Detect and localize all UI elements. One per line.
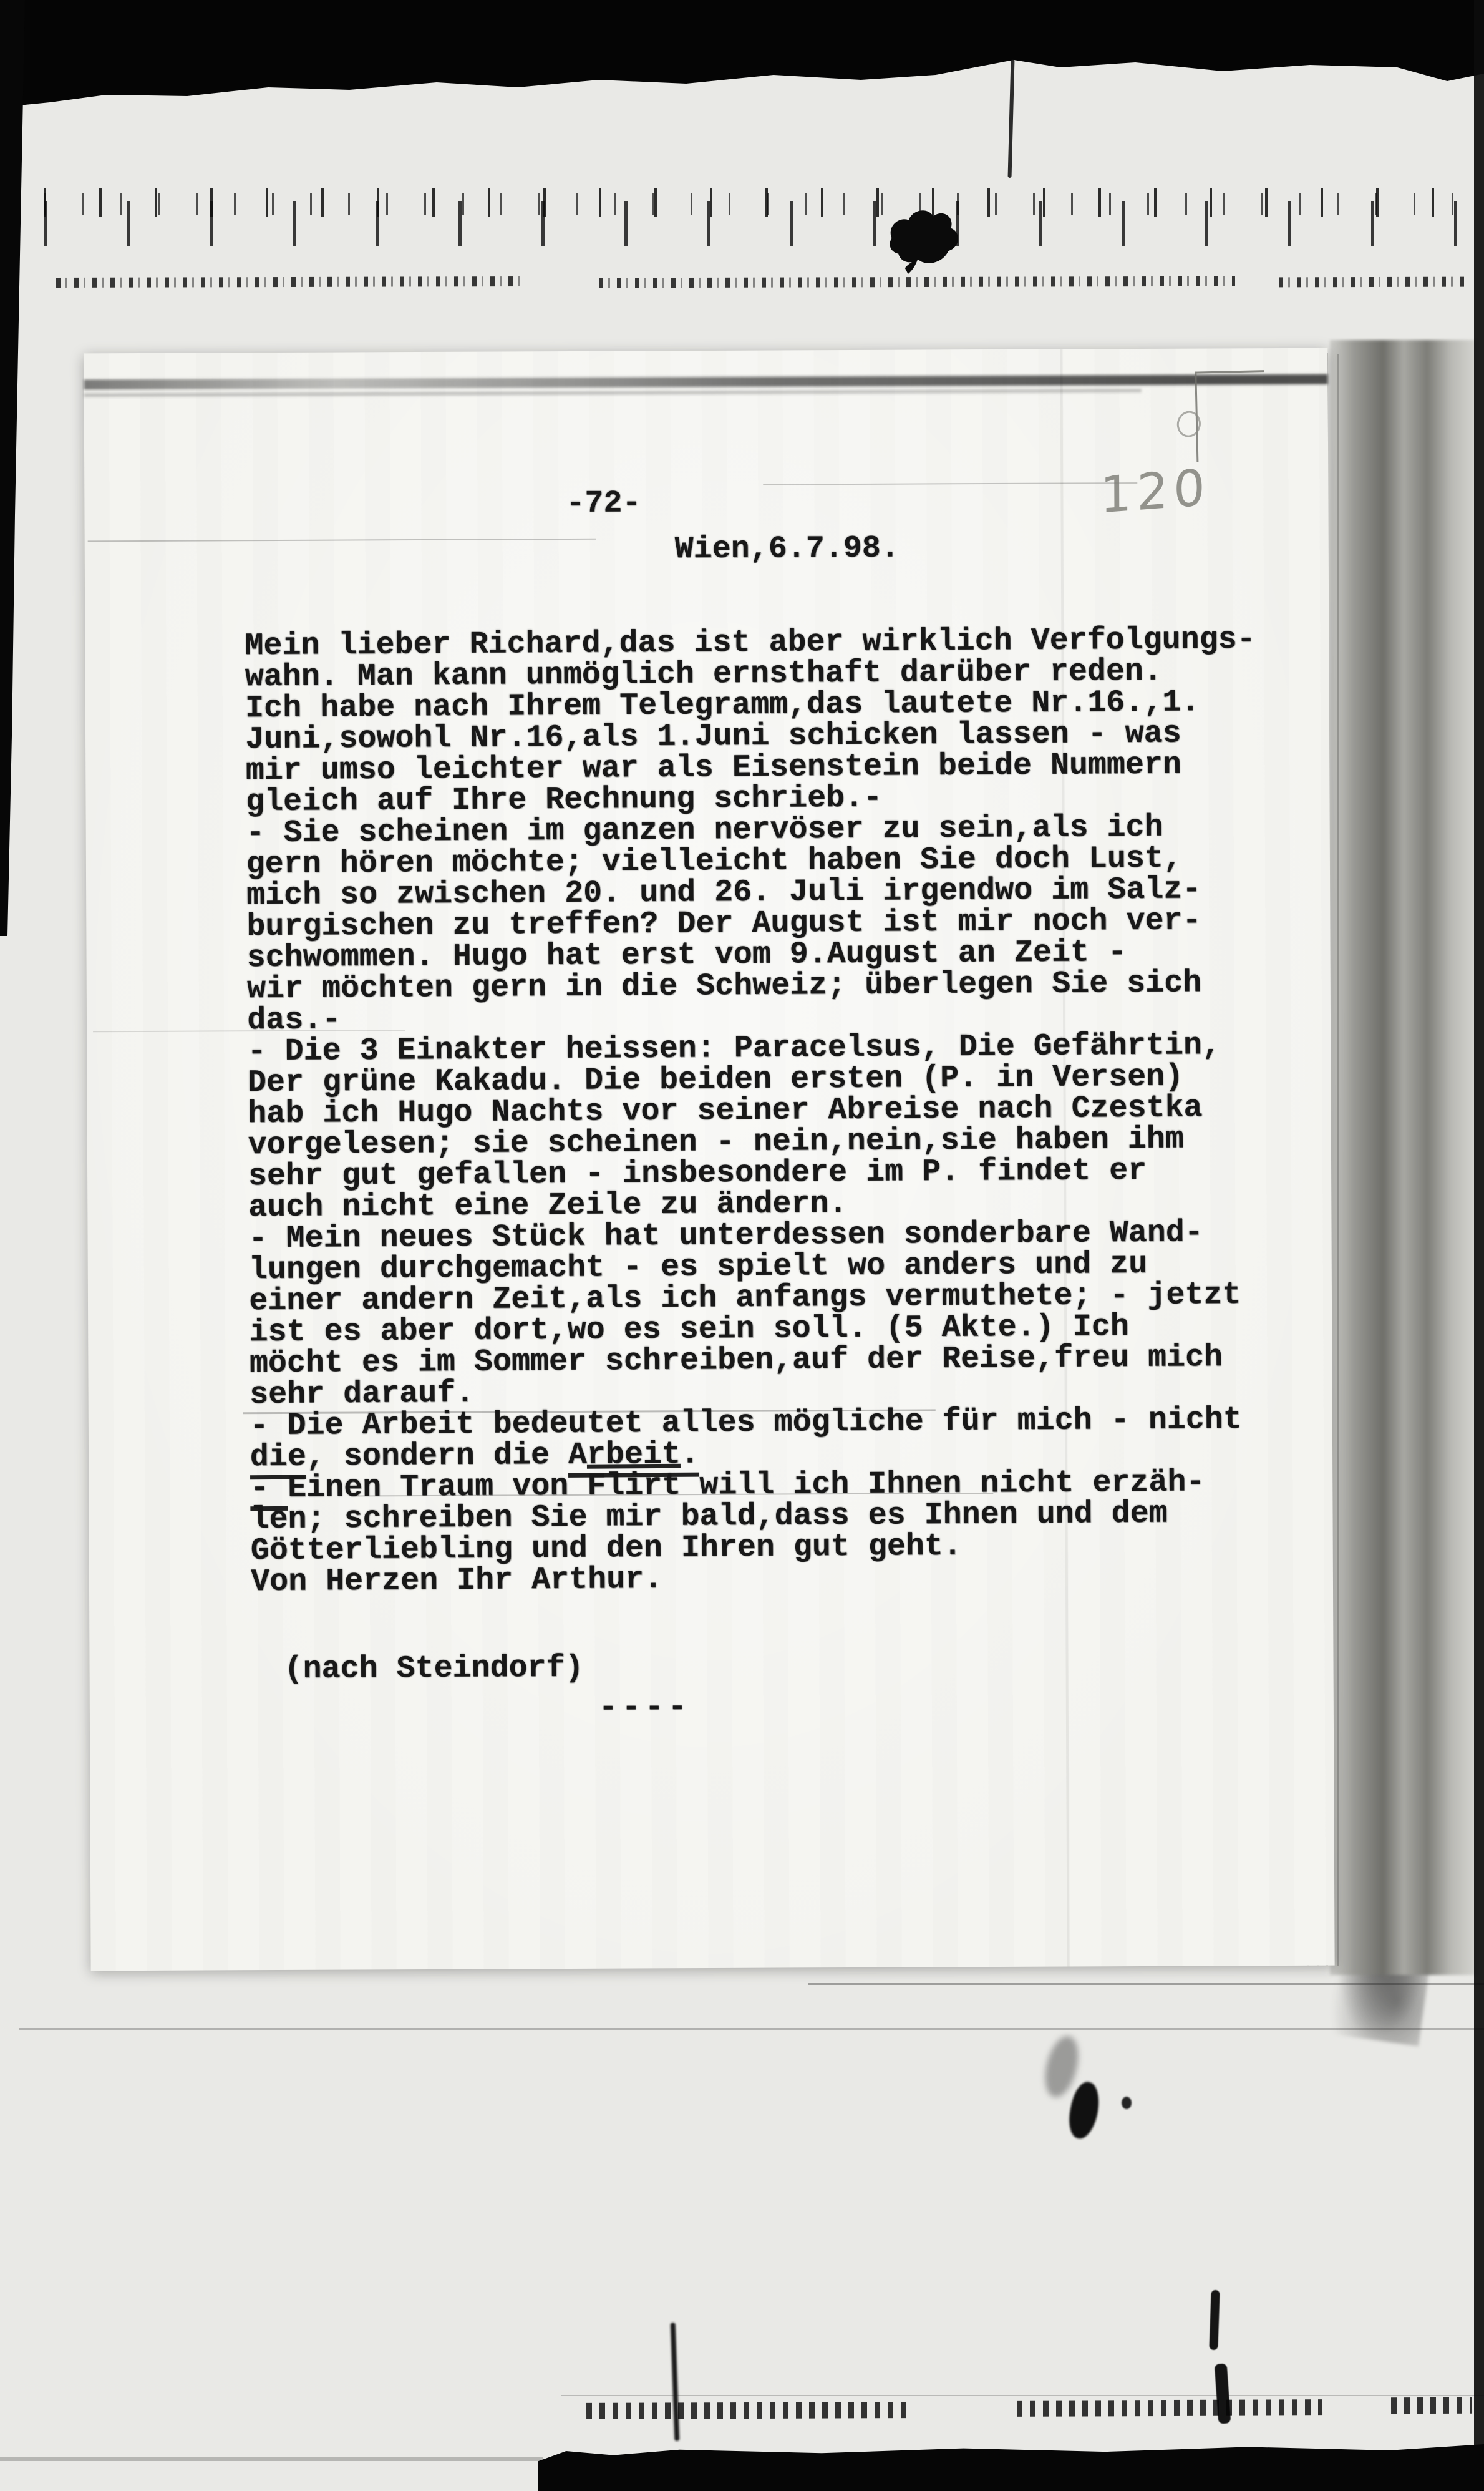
page-edge-smudge xyxy=(84,374,1328,390)
closing-note: (nach Steindorf) xyxy=(284,1650,583,1687)
ink-mark xyxy=(1209,2290,1220,2350)
page-stack-shadow xyxy=(1330,340,1477,1975)
film-grain-line xyxy=(599,276,1235,288)
film-strip-bottom-line xyxy=(0,2457,543,2461)
film-strip-top-edge xyxy=(0,0,1484,162)
film-grain-line xyxy=(56,276,524,288)
film-grain-line xyxy=(1391,2397,1472,2414)
ink-mark xyxy=(1065,2079,1103,2141)
ink-streak xyxy=(671,2323,680,2441)
film-grain-line xyxy=(1017,2399,1322,2417)
pencil-corner-bracket xyxy=(1195,370,1266,462)
film-grain-line xyxy=(586,2402,911,2419)
scan-line-artifact xyxy=(561,2395,1484,2396)
page-number: -72- xyxy=(566,485,641,522)
letter-line: Von Herzen Ihr Arthur. xyxy=(251,1560,1311,1598)
letter-body: Mein lieber Richard,das ist aber wirklic… xyxy=(245,624,1311,1598)
film-crack xyxy=(1008,59,1015,178)
page-edge-smudge xyxy=(84,389,1142,397)
film-strip-right-edge xyxy=(1474,0,1484,2491)
overlined-word: Flirt xyxy=(587,1464,681,1504)
page-stack-edge xyxy=(1337,354,1339,1966)
film-strip-left-edge xyxy=(0,0,25,936)
ink-mark xyxy=(1122,2097,1132,2109)
letter-line: möcht es im Sommer schreiben,auf der Rei… xyxy=(250,1342,1310,1380)
separator-dashes: ---- xyxy=(599,1690,691,1726)
film-scratch-marks xyxy=(44,193,1465,215)
film-strip-bottom-edge xyxy=(538,2424,1484,2491)
dateline: Wien,6.7.98. xyxy=(675,531,900,568)
letter-page: 120 -72- Wien,6.7.98. Mein lieber Richar… xyxy=(84,348,1334,1971)
pencil-line xyxy=(763,482,1137,485)
folio-number-pencil: 120 xyxy=(1100,458,1210,524)
letter-line: - Die Arbeit bedeutet alles mögliche für… xyxy=(250,1404,1310,1442)
scan-line-artifact xyxy=(19,2028,1484,2030)
microfilm-frame: 120 -72- Wien,6.7.98. Mein lieber Richar… xyxy=(0,0,1484,2491)
ink-blot xyxy=(880,200,971,277)
film-grain-line xyxy=(1279,277,1466,288)
scan-line-artifact xyxy=(88,539,596,542)
letter-line: wir möchten gern in die Schweiz; überleg… xyxy=(247,967,1307,1005)
